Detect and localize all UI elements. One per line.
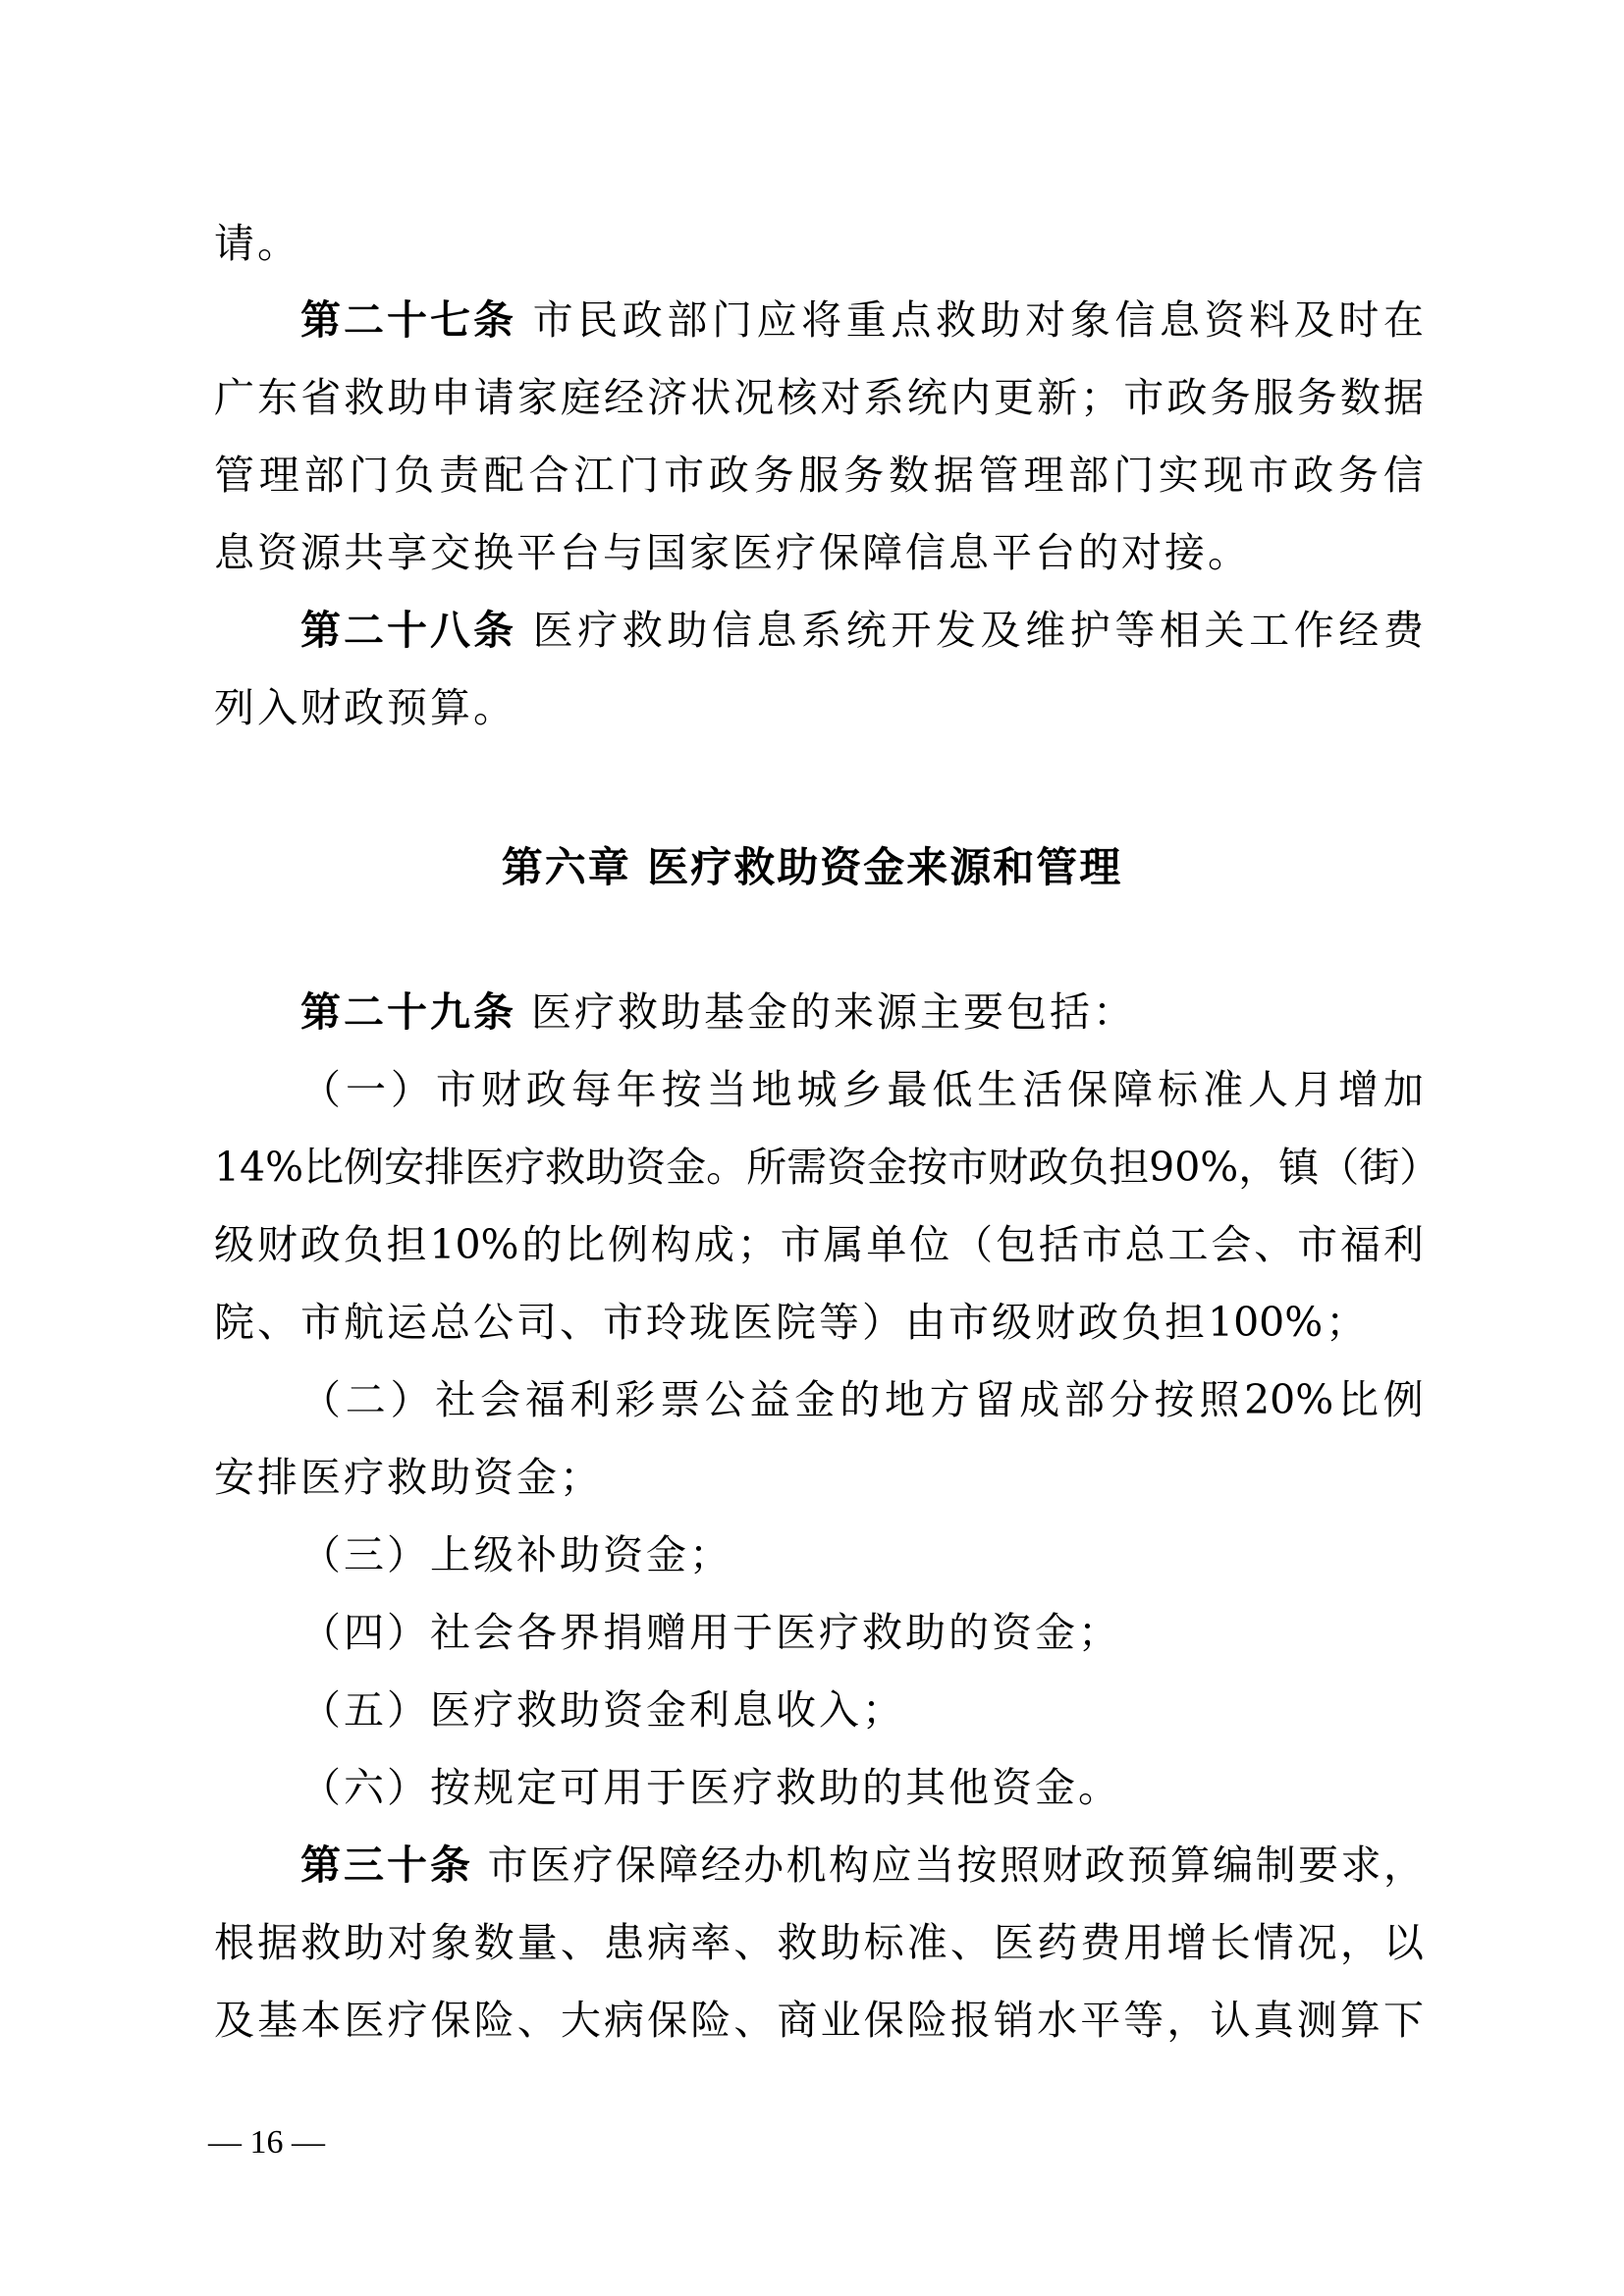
text-line: 广东省救助申请家庭经济状况核对系统内更新；市政务服务数据 [214, 359, 1424, 437]
text-line: （六）按规定可用于医疗救助的其他资金。 [300, 1749, 1424, 1827]
text-line: 14%比例安排医疗救助资金。所需资金按市财政负担90%，镇（街） [214, 1129, 1424, 1206]
text-line: 列入财政预算。 [214, 669, 1424, 747]
text-line: 第二十九条医疗救助基金的来源主要包括： [300, 974, 1424, 1051]
text-line: （五）医疗救助资金利息收入； [300, 1672, 1424, 1749]
chapter-heading: 第六章 医疗救助资金来源和管理 [0, 828, 1624, 906]
article-label: 第二十八条 [300, 592, 516, 669]
text-line: 及基本医疗保险、大病保险、商业保险报销水平等，认真测算下 [214, 1982, 1424, 2059]
text-line: （三）上级补助资金； [300, 1517, 1424, 1594]
text-line: 请。 [214, 205, 1424, 283]
text-line: （四）社会各界捐赠用于医疗救助的资金； [300, 1594, 1424, 1672]
text-line: 安排医疗救助资金； [214, 1439, 1424, 1517]
article-label: 第二十九条 [300, 974, 516, 1051]
article-label: 第二十七条 [300, 282, 516, 359]
text-line: 院、市航运总公司、市玲珑医院等）由市级财政负担100%； [214, 1284, 1424, 1362]
text-line: 管理部门负责配合江门市政务服务数据管理部门实现市政务信 [214, 437, 1424, 514]
page-number: — 16 — [208, 2120, 325, 2165]
text-line: 级财政负担10%的比例构成；市属单位（包括市总工会、市福利 [214, 1206, 1424, 1284]
text-line: 息资源共享交换平台与国家医疗保障信息平台的对接。 [214, 514, 1424, 592]
text-line: （一）市财政每年按当地城乡最低生活保障标准人月增加 [300, 1051, 1424, 1129]
text-line: 第二十八条医疗救助信息系统开发及维护等相关工作经费 [300, 592, 1424, 669]
text-line: （二）社会福利彩票公益金的地方留成部分按照20%比例 [300, 1362, 1424, 1439]
text-line: 根据救助对象数量、患病率、救助标准、医药费用增长情况，以 [214, 1904, 1424, 1982]
article-label: 第三十条 [300, 1827, 473, 1904]
text-line: 第三十条市医疗保障经办机构应当按照财政预算编制要求， [300, 1827, 1424, 1904]
text-line: 第二十七条市民政部门应将重点救助对象信息资料及时在 [300, 282, 1424, 359]
